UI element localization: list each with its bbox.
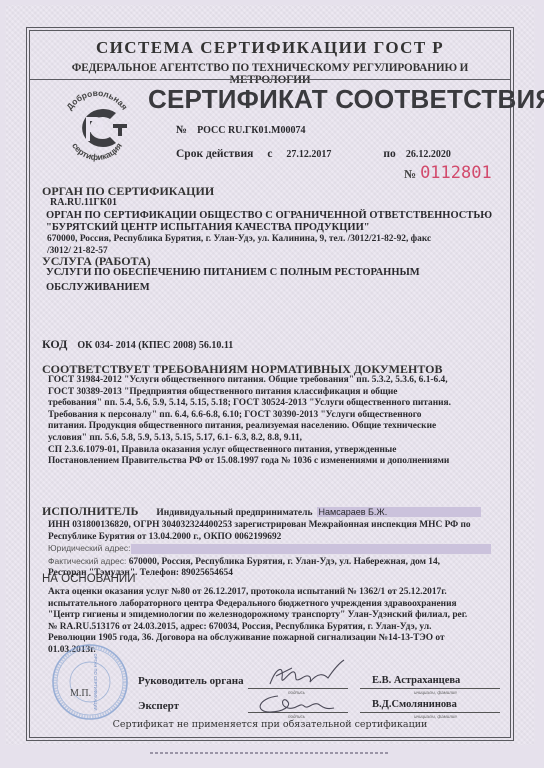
standards-heading: СООТВЕТСТВУЕТ ТРЕБОВАНИЯМ НОРМАТИВНЫХ ДО… — [42, 364, 502, 375]
stamp-place-label: М.П. — [70, 688, 91, 699]
standards-line: питания. Продукция общественного питания… — [42, 421, 502, 433]
actual-address-row: Фактический адрес: 670000, Россия, Респу… — [42, 556, 502, 569]
head-signature-icon — [262, 658, 352, 692]
certificate-title: СЕРТИФИКАТ СООТВЕТСТВИЯ — [148, 84, 508, 115]
disclaimer: Сертификат не применяется при обязательн… — [30, 719, 510, 730]
standards-section: СООТВЕТСТВУЕТ ТРЕБОВАНИЯМ НОРМАТИВНЫХ ДО… — [42, 364, 502, 468]
header-divider — [30, 79, 510, 80]
code-row: КОДОК 034- 2014 (КПЕС 2008) 56.10.11 — [42, 337, 233, 352]
standards-line: ГОСТ 30389-2013 "Предприятия общественно… — [42, 387, 502, 399]
code-label: КОД — [42, 337, 67, 351]
certification-body-section: ОРГАН ПО СЕРТИФИКАЦИИ RA.RU.11ГК01 ОРГАН… — [42, 186, 502, 257]
service-section: УСЛУГА (РАБОТА) УСЛУГИ ПО ОБЕСПЕЧЕНИЮ ПИ… — [42, 256, 502, 294]
certification-body-name-1: ОРГАН ПО СЕРТИФИКАЦИИ ОБЩЕСТВО С ОГРАНИЧ… — [42, 210, 502, 222]
valid-to: 26.12.2020 — [406, 149, 451, 160]
expert-label: Эксперт — [138, 700, 179, 712]
executor-heading: ИСПОЛНИТЕЛЬ — [42, 504, 138, 518]
serial-number: №0112801 — [404, 163, 492, 183]
standards-line: СП 2.3.6.1079-01, Правила оказания услуг… — [42, 445, 502, 457]
executor-header-row: ИСПОЛНИТЕЛЬИндивидуальный предпринимател… — [42, 502, 502, 520]
certificate-number-value: РОСС RU.ГК01.М00074 — [197, 125, 305, 136]
service-heading: УСЛУГА (РАБОТА) — [42, 256, 502, 267]
head-name-line — [360, 688, 500, 689]
number-symbol: № — [176, 124, 187, 136]
basis-line: "Центр гигиены и эпидемиологии по железн… — [42, 610, 502, 622]
legal-address-value — [131, 544, 491, 554]
footer-microprint — [150, 752, 390, 754]
head-name: Е.В. Астраханцева — [372, 675, 460, 686]
certification-body-address-1: 670000, Россия, Республика Бурятия, г. У… — [42, 234, 502, 246]
standards-line: Требования к персоналу" пп. 6.4, 6.6-6.8… — [42, 410, 502, 422]
certification-body-heading: ОРГАН ПО СЕРТИФИКАЦИИ — [42, 186, 502, 197]
basis-line: № RA.RU.513176 от 24.03.2015, адрес: 670… — [42, 622, 502, 634]
valid-from: 27.12.2017 — [286, 149, 331, 160]
serial-value: 0112801 — [420, 163, 492, 183]
legal-address-label: Юридический адрес: — [48, 543, 131, 553]
basis-line: Акта оценки оказания услуг №80 от 26.12.… — [42, 587, 502, 599]
stamp-text: ОРГАН ПО СЕРТИФИКАЦИИ — [93, 654, 98, 711]
certification-body-name-2: "БУРЯТСКИЙ ЦЕНТР ИСПЫТАНИЯ КАЧЕСТВА ПРОД… — [42, 222, 502, 234]
standards-line: требования" пп. 5.4, 5.6, 5.9, 5.14, 5.1… — [42, 398, 502, 410]
service-line-2: ОБСЛУЖИВАНИЕМ — [42, 282, 502, 294]
to-label: по — [383, 148, 395, 160]
system-title: СИСТЕМА СЕРТИФИКАЦИИ ГОСТ Р — [30, 38, 510, 58]
expert-name: В.Д.Смолянинова — [372, 699, 457, 710]
from-label: с — [267, 148, 272, 160]
standards-line: ГОСТ 31984-2012 "Услуги общественного пи… — [42, 375, 502, 387]
executor-section: ИСПОЛНИТЕЛЬИндивидуальный предпринимател… — [42, 502, 502, 580]
expert-name-line — [360, 712, 500, 713]
agency-name: ФЕДЕРАЛЬНОЕ АГЕНТСТВО ПО ТЕХНИЧЕСКОМУ РЕ… — [30, 62, 510, 86]
executor-line-2: Республике Бурятия от 13.04.2000 г., ОКП… — [42, 532, 502, 544]
svg-text:Добровольная: Добровольная — [64, 88, 130, 112]
expert-signature-icon — [248, 692, 338, 716]
standards-line: Постановлением Правительства РФ от 15.08… — [42, 456, 502, 468]
standards-line: условия" пп. 5.6, 5.8, 5.9, 5.13, 5.15, … — [42, 433, 502, 445]
head-name-caption: инициалы, фамилия — [414, 690, 457, 695]
executor-line-1: ИНН 031800136820, ОГРН 304032324400253 з… — [42, 520, 502, 532]
certification-body-code: RA.RU.11ГК01 — [42, 197, 502, 209]
serial-symbol: № — [404, 167, 416, 181]
executor-name: Намсараев Б.Ж. — [317, 507, 481, 517]
certificate-number: №РОСС RU.ГК01.М00074 — [176, 124, 305, 136]
basis-heading: НА ОСНОВАНИИ — [42, 574, 502, 585]
service-line-1: УСЛУГИ ПО ОБЕСПЕЧЕНИЮ ПИТАНИЕМ С ПОЛНЫМ … — [42, 267, 502, 279]
head-label: Руководитель органа — [138, 675, 244, 687]
legal-address-row: Юридический адрес: — [42, 543, 502, 556]
standards-list: ГОСТ 31984-2012 "Услуги общественного пи… — [42, 375, 502, 468]
code-value: ОК 034- 2014 (КПЕС 2008) 56.10.11 — [77, 340, 233, 351]
seal-stamp-icon: ОРГАН ПО СЕРТИФИКАЦИИ — [50, 642, 130, 722]
rst-logo-icon: Добровольная сертификация — [58, 87, 136, 167]
basis-line: испытательного лабораторного центра Феде… — [42, 599, 502, 611]
actual-address-label: Фактический адрес: — [48, 556, 126, 566]
executor-type: Индивидуальный предприниматель — [156, 508, 312, 518]
validity-label: Срок действия — [176, 148, 253, 160]
actual-address-value: 670000, Россия, Республика Бурятия, г. У… — [129, 557, 440, 567]
validity-period: Срок действияс27.12.2017по26.12.2020 — [176, 148, 506, 160]
logo-top-text: Добровольная — [64, 88, 130, 112]
